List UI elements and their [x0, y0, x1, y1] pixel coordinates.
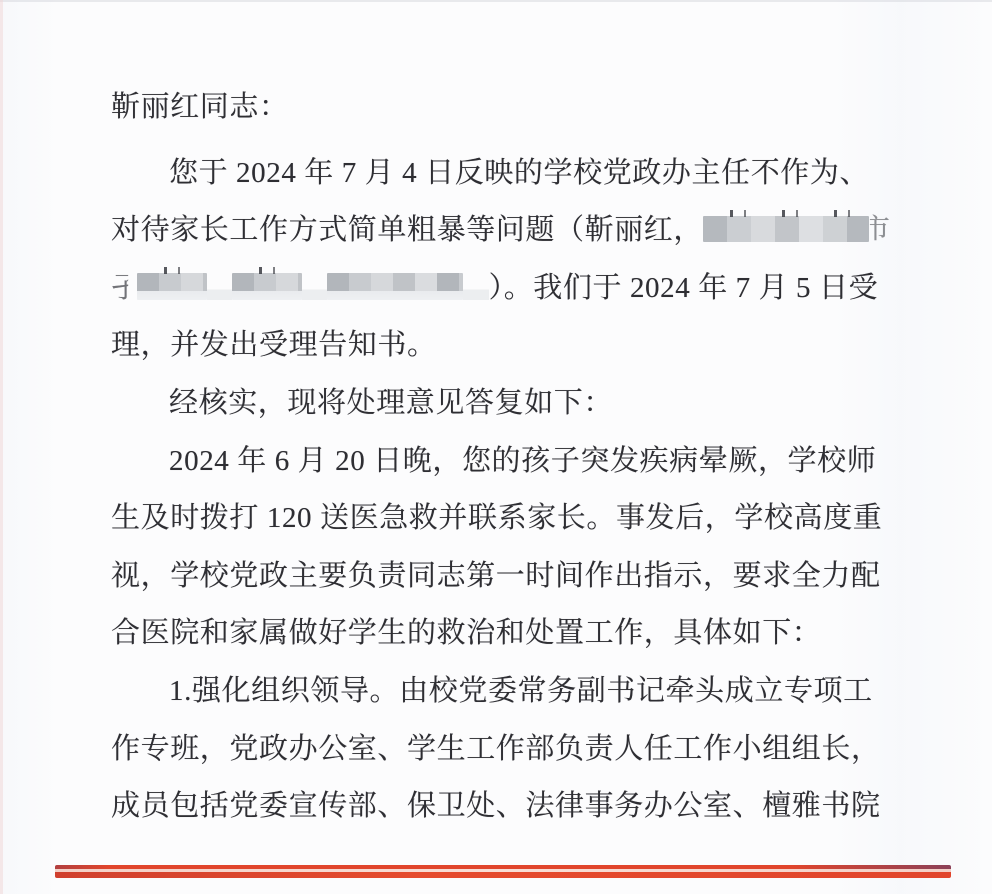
salutation-line: 靳丽红同志：	[111, 79, 901, 137]
redaction-gap	[207, 273, 232, 300]
body-line: 合医院和家属做好学生的救治和处置工作，具体如下：	[111, 605, 901, 663]
redaction-mosaic	[327, 273, 463, 300]
text-run: 生及时拨打 120 送医急救并联系家长。事发后，学校高度重	[111, 502, 882, 534]
body-line: 生及时拨打 120 送医急救并联系家长。事发后，学校高度重	[111, 490, 901, 548]
redaction-mosaic	[703, 216, 869, 242]
redaction-mosaic	[232, 273, 302, 300]
letter-body: 靳丽红同志：您于 2024 年 7 月 4 日反映的学校党政办主任不作为、对待家…	[111, 79, 901, 836]
text-run: 您于 2024 年 7 月 4 日反映的学校党政办主任不作为、	[169, 157, 869, 189]
text-run: 1.强化组织领导。由校党委常务副书记牵头成立专项工	[169, 675, 873, 707]
body-line: 1.强化组织领导。由校党委常务副书记牵头成立专项工	[111, 663, 901, 721]
text-run: 视，学校党政主要负责同志第一时间作出指示，要求全力配	[111, 560, 881, 592]
body-line: 作专班，党政办公室、学生工作部负责人任工作小组组长，	[111, 721, 901, 779]
redaction-gap	[463, 273, 489, 300]
body-line: 您于 2024 年 7 月 4 日反映的学校党政办主任不作为、	[111, 145, 901, 203]
text-run: 作专班，党政办公室、学生工作部负责人任工作小组组长，	[111, 733, 881, 765]
text-run: 对待家长工作方式简单粗暴等问题（靳丽红，	[111, 214, 703, 246]
text-run: ）。我们于 2024 年 7 月 5 日受	[489, 272, 879, 304]
body-line: 孑）。我们于 2024 年 7 月 5 日受	[111, 260, 901, 318]
text-run: 靳丽红同志：	[111, 91, 289, 123]
document-page: 靳丽红同志：您于 2024 年 7 月 4 日反映的学校党政办主任不作为、对待家…	[0, 0, 992, 894]
text-run: 2024 年 6 月 20 日晚，您的孩子突发疾病晕厥，学校师	[169, 445, 876, 477]
redaction-gap	[302, 273, 327, 300]
body-line: 经核实，现将处理意见答复如下：	[111, 375, 901, 433]
text-run: 理，并发出受理告知书。	[111, 329, 437, 361]
redaction-mosaic	[137, 273, 207, 300]
text-run: 成员包括党委宣传部、保卫处、法律事务办公室、檀雅书院	[111, 790, 881, 822]
body-line: 对待家长工作方式简单粗暴等问题（靳丽红，市	[111, 202, 901, 260]
text-run: 合医院和家属做好学生的救治和处置工作，具体如下：	[111, 617, 821, 649]
body-line: 理，并发出受理告知书。	[111, 317, 901, 375]
body-line: 成员包括党委宣传部、保卫处、法律事务办公室、檀雅书院	[111, 778, 901, 836]
red-rule-bottom-line	[55, 872, 951, 878]
body-line: 视，学校党政主要负责同志第一时间作出指示，要求全力配	[111, 548, 901, 606]
text-run: 经核实，现将处理意见答复如下：	[169, 387, 613, 419]
body-line: 2024 年 6 月 20 日晚，您的孩子突发疾病晕厥，学校师	[111, 433, 901, 491]
footer-red-rule	[55, 865, 951, 878]
